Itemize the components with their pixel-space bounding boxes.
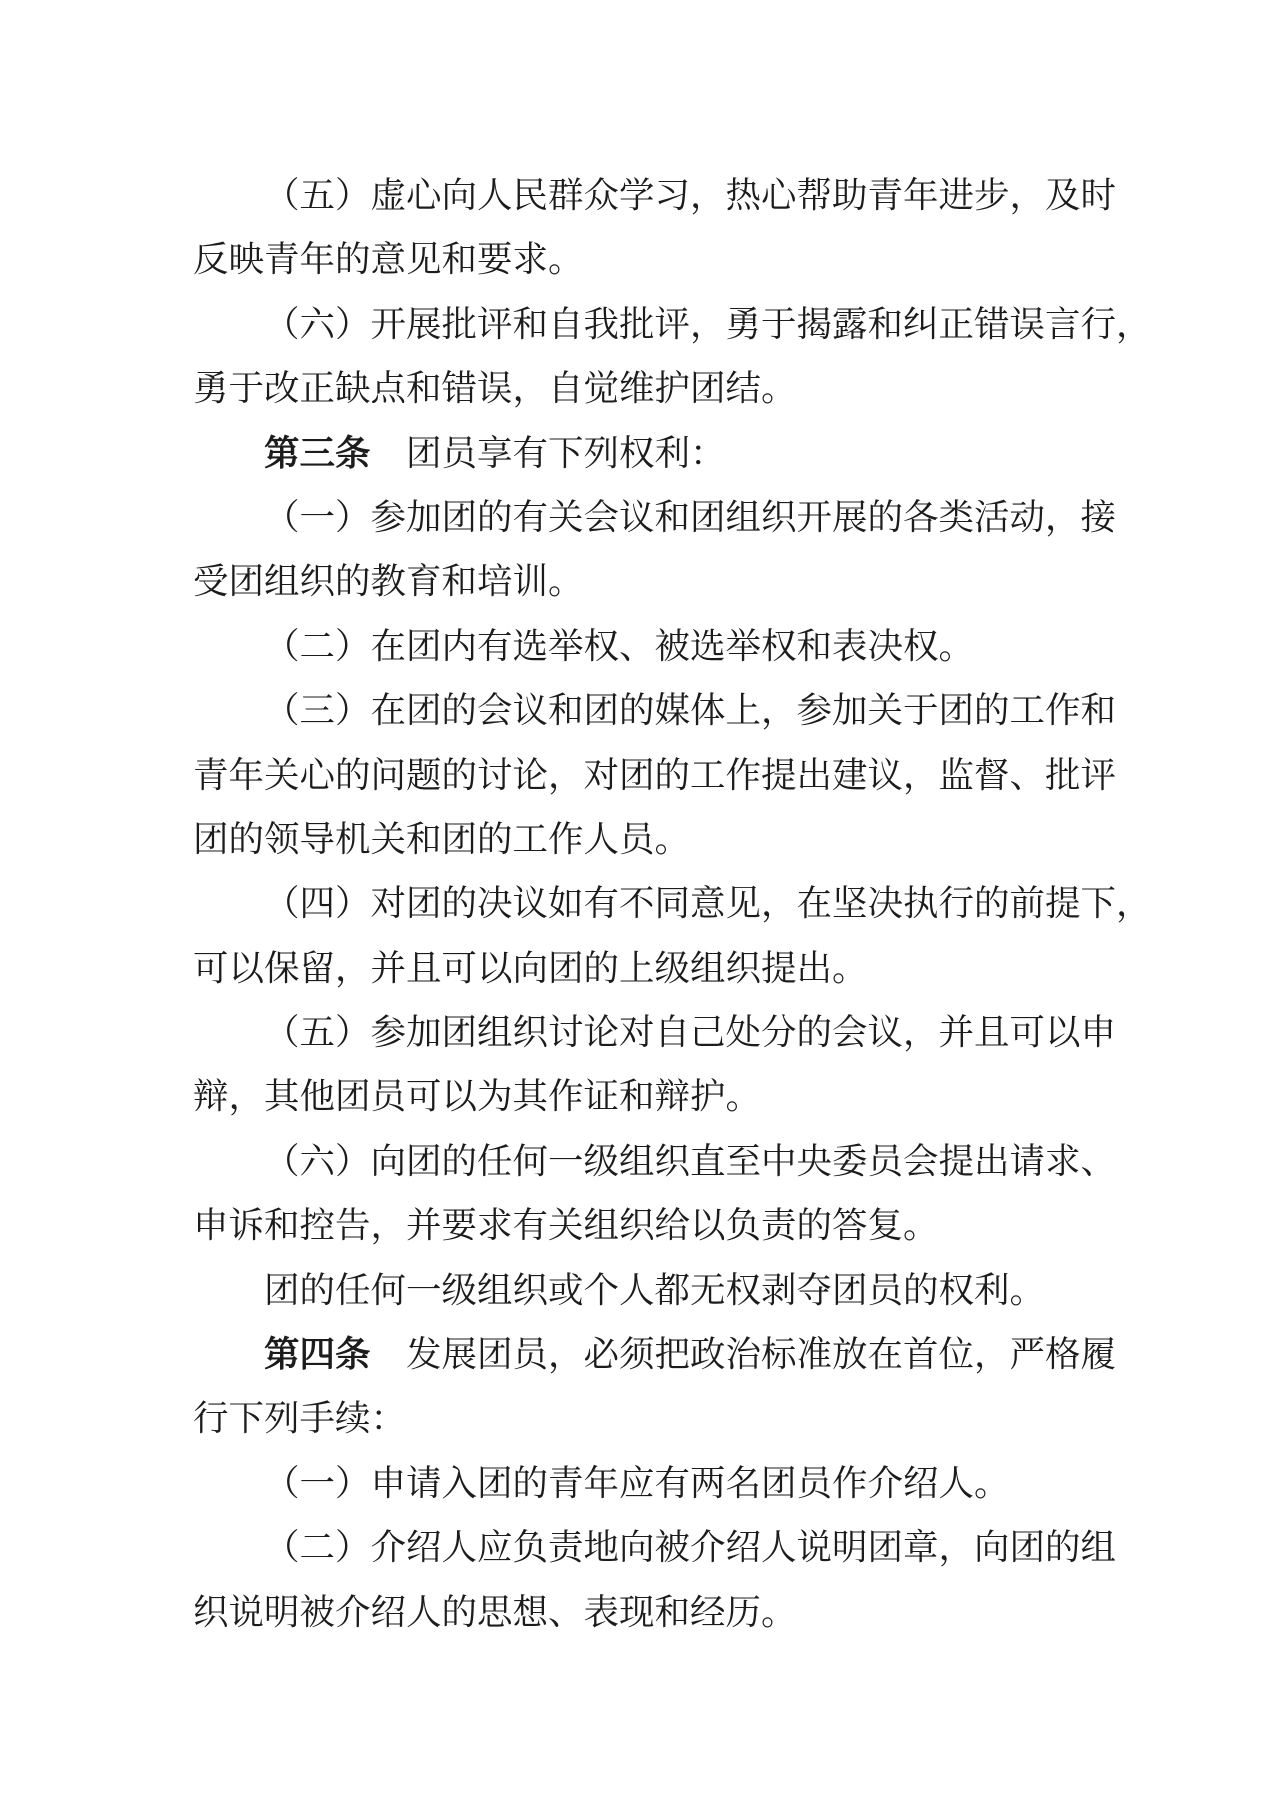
text-line: 第三条 团员享有下列权利：: [193, 421, 1139, 485]
paragraph: 团的任何一级组织或个人都无权剥夺团员的权利。: [193, 1258, 1139, 1322]
paragraph: （四）对团的决议如有不同意见，在坚决执行的前提下，可以保留，并且可以向团的上级组…: [193, 871, 1139, 1000]
text-run: 可以保留，并且可以向团的上级组织提出。: [193, 948, 868, 988]
paragraph: （六）向团的任何一级组织直至中央委员会提出请求、申诉和控告，并要求有关组织给以负…: [193, 1129, 1139, 1258]
text-line: （二）在团内有选举权、被选举权和表决权。: [193, 614, 1139, 678]
text-run: （三）在团的会议和团的媒体上，参加关于团的工作和: [264, 690, 1116, 730]
text-run: 申诉和控告，并要求有关组织给以负责的答复。: [193, 1205, 939, 1245]
text-line: 反映青年的意见和要求。: [193, 227, 1139, 291]
text-run: （六）向团的任何一级组织直至中央委员会提出请求、: [264, 1141, 1116, 1181]
text-line: 行下列手续：: [193, 1386, 1139, 1450]
text-run: 团的领导机关和团的工作人员。: [193, 819, 690, 859]
text-line: 可以保留，并且可以向团的上级组织提出。: [193, 936, 1139, 1000]
text-run: 反映青年的意见和要求。: [193, 239, 584, 279]
text-line: （一）申请入团的青年应有两名团员作介绍人。: [193, 1451, 1139, 1515]
text-line: （六）向团的任何一级组织直至中央委员会提出请求、: [193, 1129, 1139, 1193]
text-line: 勇于改正缺点和错误，自觉维护团结。: [193, 356, 1139, 420]
text-line: 织说明被介绍人的思想、表现和经历。: [193, 1580, 1139, 1644]
text-run: （一）参加团的有关会议和团组织开展的各类活动，接: [264, 497, 1116, 537]
text-line: 申诉和控告，并要求有关组织给以负责的答复。: [193, 1193, 1139, 1257]
paragraph: （三）在团的会议和团的媒体上，参加关于团的工作和青年关心的问题的讨论，对团的工作…: [193, 678, 1139, 871]
text-line: （四）对团的决议如有不同意见，在坚决执行的前提下，: [193, 871, 1139, 935]
paragraph: （五）参加团组织讨论对自己处分的会议，并且可以申辩，其他团员可以为其作证和辩护。: [193, 1000, 1139, 1129]
text-run: 发展团员，必须把政治标准放在首位，严格履: [371, 1334, 1117, 1374]
text-line: （五）参加团组织讨论对自己处分的会议，并且可以申: [193, 1000, 1139, 1064]
text-run: （四）对团的决议如有不同意见，在坚决执行的前提下，: [264, 883, 1152, 923]
paragraph: （一）参加团的有关会议和团组织开展的各类活动，接受团组织的教育和培训。: [193, 485, 1139, 614]
text-run: （一）申请入团的青年应有两名团员作介绍人。: [264, 1463, 1010, 1503]
text-run: 团的任何一级组织或个人都无权剥夺团员的权利。: [264, 1270, 1045, 1310]
paragraph: （一）申请入团的青年应有两名团员作介绍人。: [193, 1451, 1139, 1515]
paragraph: 第四条 发展团员，必须把政治标准放在首位，严格履行下列手续：: [193, 1322, 1139, 1451]
text-run: （二）介绍人应负责地向被介绍人说明团章，向团的组: [264, 1527, 1116, 1567]
text-run: 团员享有下列权利：: [371, 433, 726, 473]
paragraph: （五）虚心向人民群众学习，热心帮助青年进步，及时反映青年的意见和要求。: [193, 163, 1139, 292]
text-run: （六）开展批评和自我批评，勇于揭露和纠正错误言行，: [264, 304, 1152, 344]
text-line: 辩，其他团员可以为其作证和辩护。: [193, 1064, 1139, 1128]
text-line: 团的领导机关和团的工作人员。: [193, 807, 1139, 871]
text-run: （二）在团内有选举权、被选举权和表决权。: [264, 626, 974, 666]
text-run: 织说明被介绍人的思想、表现和经历。: [193, 1592, 797, 1632]
text-run: 行下列手续：: [193, 1398, 406, 1438]
document-text-block: （五）虚心向人民群众学习，热心帮助青年进步，及时反映青年的意见和要求。（六）开展…: [193, 163, 1139, 1644]
text-line: 受团组织的教育和培训。: [193, 549, 1139, 613]
text-run: （五）虚心向人民群众学习，热心帮助青年进步，及时: [264, 175, 1116, 215]
text-line: （一）参加团的有关会议和团组织开展的各类活动，接: [193, 485, 1139, 549]
paragraph: （六）开展批评和自我批评，勇于揭露和纠正错误言行，勇于改正缺点和错误，自觉维护团…: [193, 292, 1139, 421]
text-line: （五）虚心向人民群众学习，热心帮助青年进步，及时: [193, 163, 1139, 227]
text-run: 受团组织的教育和培训。: [193, 561, 584, 601]
paragraph: 第三条 团员享有下列权利：: [193, 421, 1139, 485]
text-line: （六）开展批评和自我批评，勇于揭露和纠正错误言行，: [193, 292, 1139, 356]
text-line: （三）在团的会议和团的媒体上，参加关于团的工作和: [193, 678, 1139, 742]
text-run: 青年关心的问题的讨论，对团的工作提出建议，监督、批评: [193, 755, 1116, 795]
text-line: 青年关心的问题的讨论，对团的工作提出建议，监督、批评: [193, 743, 1139, 807]
article-number: 第三条: [264, 433, 371, 473]
paragraph: （二）介绍人应负责地向被介绍人说明团章，向团的组织说明被介绍人的思想、表现和经历…: [193, 1515, 1139, 1644]
paragraph: （二）在团内有选举权、被选举权和表决权。: [193, 614, 1139, 678]
text-line: （二）介绍人应负责地向被介绍人说明团章，向团的组: [193, 1515, 1139, 1579]
text-line: 第四条 发展团员，必须把政治标准放在首位，严格履: [193, 1322, 1139, 1386]
text-run: 勇于改正缺点和错误，自觉维护团结。: [193, 368, 797, 408]
document-page: （五）虚心向人民群众学习，热心帮助青年进步，及时反映青年的意见和要求。（六）开展…: [0, 0, 1279, 1810]
text-run: 辩，其他团员可以为其作证和辩护。: [193, 1076, 761, 1116]
text-run: （五）参加团组织讨论对自己处分的会议，并且可以申: [264, 1012, 1116, 1052]
article-number: 第四条: [264, 1334, 371, 1374]
text-line: 团的任何一级组织或个人都无权剥夺团员的权利。: [193, 1258, 1139, 1322]
